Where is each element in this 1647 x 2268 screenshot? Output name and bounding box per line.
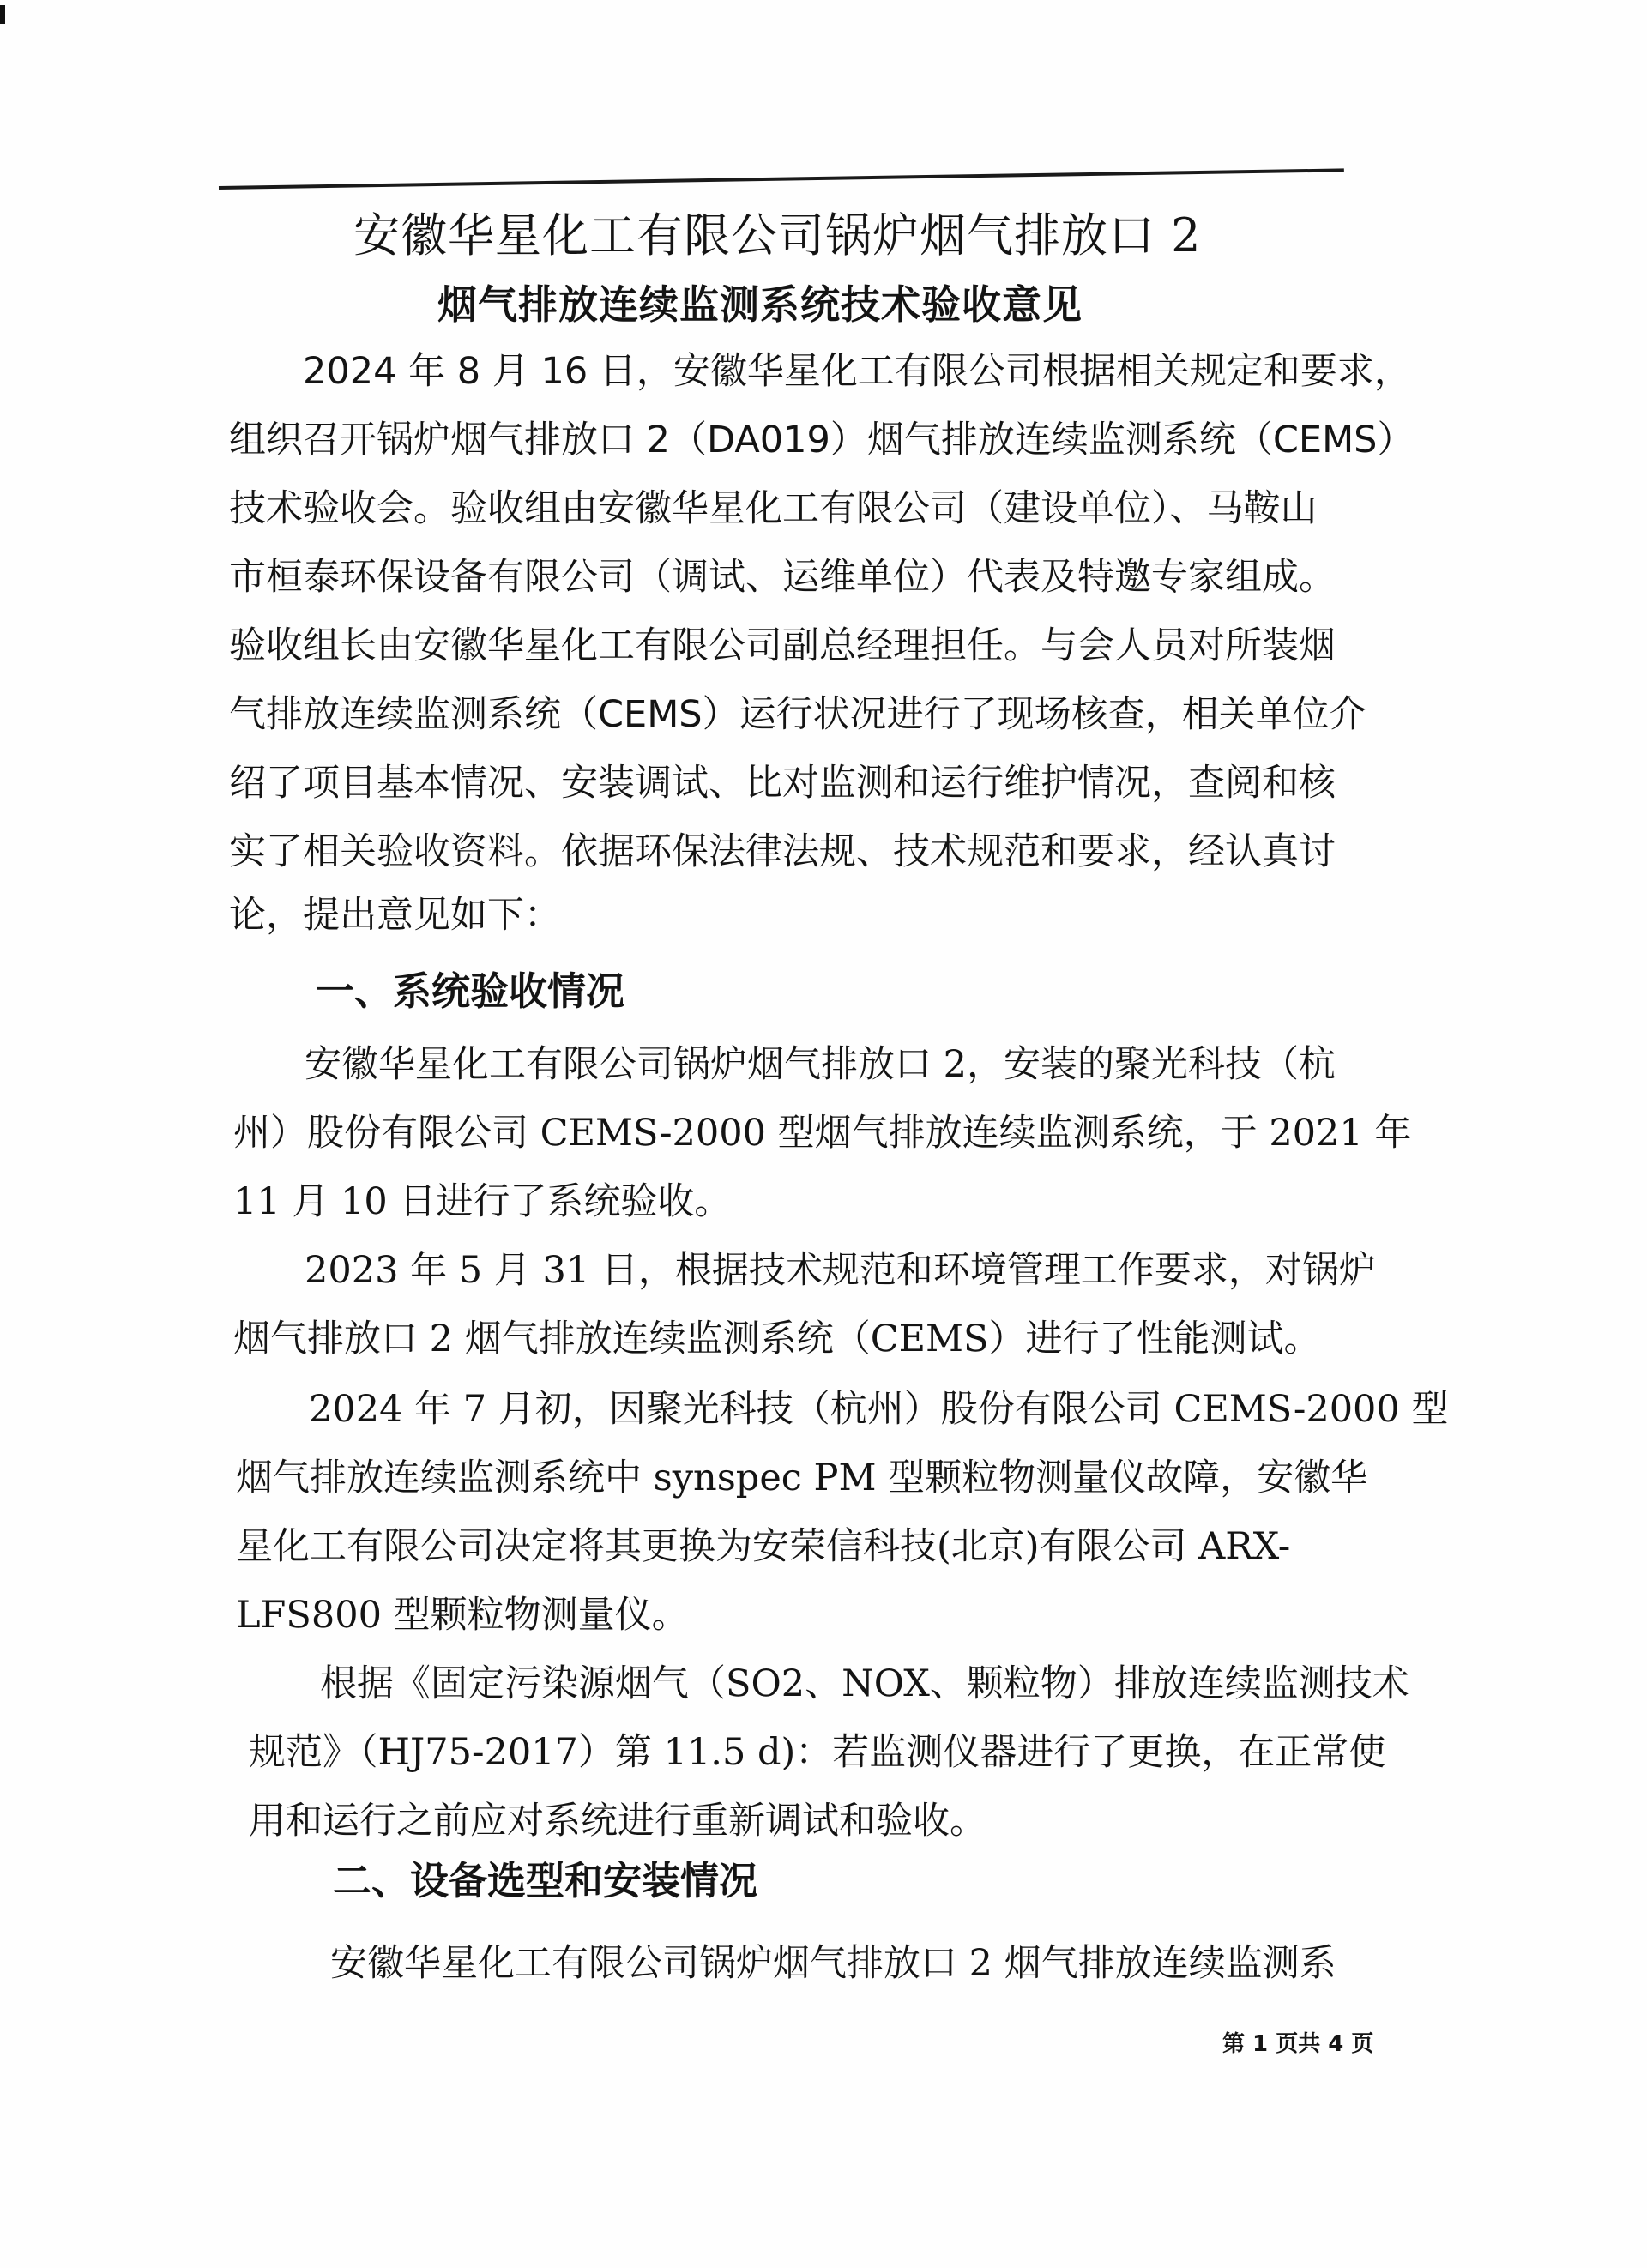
paragraph-line: 气排放连续监测系统（CEMS）运行状况进行了现场核查，相关单位介 <box>229 697 1366 733</box>
paragraph-line: 烟气排放连续监测系统中 synspec PM 型颗粒物测量仪故障，安徽华 <box>236 1460 1367 1497</box>
paragraph-line: 2023 年 5 月 31 日，根据技术规范和环境管理工作要求，对锅炉 <box>305 1252 1376 1289</box>
document-page: 安徽华星化工有限公司锅炉烟气排放口 2 烟气排放连续监测系统技术验收意见 202… <box>0 0 1647 2268</box>
paragraph-line: 验收组长由安徽华星化工有限公司副总经理担任。与会人员对所装烟 <box>229 628 1336 665</box>
paragraph-line: 根据《固定污染源烟气（SO2、NOX、颗粒物）排放连续监测技术 <box>320 1666 1409 1703</box>
paragraph-line: 绍了项目基本情况、安装调试、比对监测和运行维护情况，查阅和核 <box>229 765 1336 802</box>
paragraph-line: 安徽华星化工有限公司锅炉烟气排放口 2，安装的聚光科技（杭 <box>305 1047 1336 1083</box>
paragraph-line: 论，提出意见如下： <box>229 897 561 934</box>
section2-heading: 二、设备选型和安装情况 <box>333 1861 757 1900</box>
document-title-line1: 安徽华星化工有限公司锅炉烟气排放口 2 <box>353 213 1202 259</box>
page-indicator: 第 1 页共 4 页 <box>1222 2026 1373 2058</box>
paragraph-line: 用和运行之前应对系统进行重新调试和验收。 <box>249 1803 986 1840</box>
paragraph-line: 技术验收会。验收组由安徽华星化工有限公司（建设单位）、马鞍山 <box>229 491 1318 528</box>
paragraph-line: 2024 年 8 月 16 日，安徽华星化工有限公司根据相关规定和要求， <box>303 353 1411 390</box>
section1-heading: 一、系统验收情况 <box>316 972 624 1010</box>
header-rule <box>219 168 1344 190</box>
paragraph-line: 11 月 10 日进行了系统验收。 <box>233 1184 731 1221</box>
scan-edge-mark <box>0 5 5 24</box>
paragraph-line: LFS800 型颗粒物测量仪。 <box>236 1597 689 1634</box>
paragraph-line: 组织召开锅炉烟气排放口 2（DA019）烟气排放连续监测系统（CEMS） <box>229 422 1414 459</box>
paragraph-line: 星化工有限公司决定将其更换为安荣信科技(北京)有限公司 ARX- <box>236 1529 1290 1565</box>
paragraph-line: 规范》（HJ75-2017）第 11.5 d)：若监测仪器进行了更换，在正常使 <box>249 1734 1385 1771</box>
paragraph-line: 烟气排放口 2 烟气排放连续监测系统（CEMS）进行了性能测试。 <box>233 1321 1320 1358</box>
paragraph-line: 市桓泰环保设备有限公司（调试、运维单位）代表及特邀专家组成。 <box>229 559 1336 596</box>
paragraph-line: 州）股份有限公司 CEMS-2000 型烟气排放连续监测系统，于 2021 年 <box>233 1115 1411 1152</box>
paragraph-line: 实了相关验收资料。依据环保法律法规、技术规范和要求，经认真讨 <box>229 834 1336 871</box>
paragraph-line: 2024 年 7 月初，因聚光科技（杭州）股份有限公司 CEMS-2000 型 <box>309 1391 1448 1428</box>
document-title-line2: 烟气排放连续监测系统技术验收意见 <box>437 285 1083 324</box>
paragraph-line: 安徽华星化工有限公司锅炉烟气排放口 2 烟气排放连续监测系 <box>330 1945 1336 1982</box>
